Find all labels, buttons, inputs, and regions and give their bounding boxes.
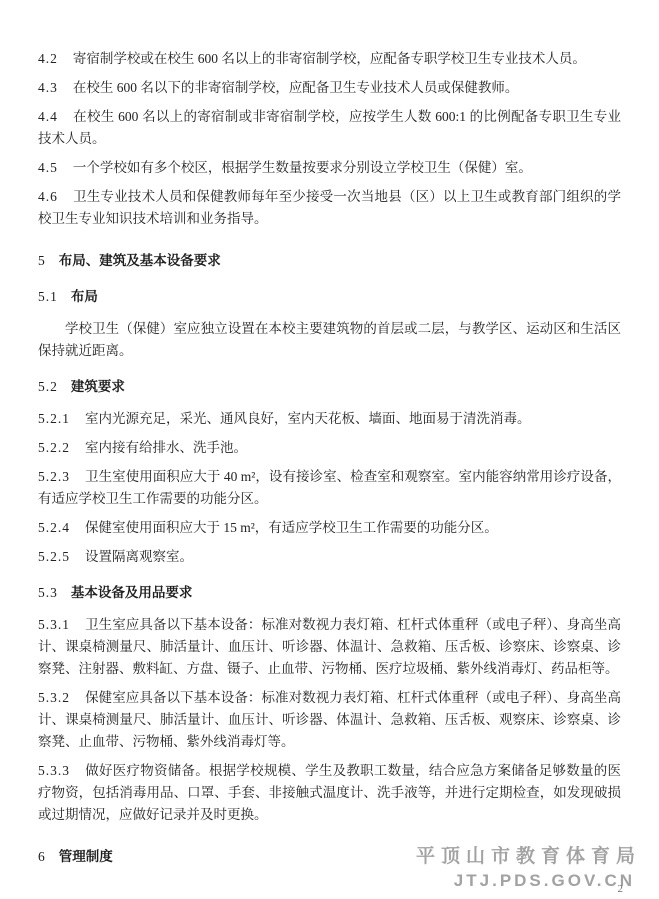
- clause-number: 5.2.1: [38, 411, 70, 426]
- clause-5-2-2: 5.2.2室内接有给排水、洗手池。: [38, 437, 621, 459]
- clause-number: 4.3: [38, 80, 58, 95]
- section-title: 基本设备及用品要求: [71, 585, 193, 600]
- section-title: 布局、建筑及基本设备要求: [59, 253, 221, 268]
- clause-text: 设置隔离观察室。: [85, 549, 193, 564]
- clause-5-2-4: 5.2.4保健室使用面积应大于 15 m²，有适应学校卫生工作需要的功能分区。: [38, 517, 621, 539]
- clause-4-3: 4.3在校生 600 名以下的非寄宿制学校，应配备卫生专业技术人员或保健教师。: [38, 77, 621, 99]
- page-number: 2: [618, 883, 624, 895]
- clause-text: 卫生室应具备以下基本设备：标准对数视力表灯箱、杠杆式体重秤（或电子秤）、身高坐高…: [38, 617, 621, 676]
- clause-number: 5.2.3: [38, 469, 70, 484]
- clause-text: 卫生专业技术人员和保健教师每年至少接受一次当地县（区）以上卫生或教育部门组织的学…: [38, 189, 621, 226]
- clause-5-3-3: 5.3.3做好医疗物资储备。根据学校规模、学生及教职工数量，结合应急方案储备足够…: [38, 760, 621, 826]
- section-heading-5-1: 5.1布局: [38, 286, 621, 308]
- clause-number: 5.3.1: [38, 617, 70, 632]
- clause-number: 5.3.2: [38, 690, 70, 705]
- clause-text: 卫生室使用面积应大于 40 m²，设有接诊室、检查室和观察室。室内能容纳常用诊疗…: [38, 469, 621, 506]
- clause-5-2-1: 5.2.1室内光源充足，采光、通风良好，室内天花板、墙面、地面易于清洗消毒。: [38, 408, 621, 430]
- watermark-url: JTJ.PDS.GOV.CN: [416, 871, 641, 891]
- clause-4-4: 4.4在校生 600 名以上的寄宿制或非寄宿制学校，应按学生人数 600:1 的…: [38, 106, 621, 150]
- section-number: 5.3: [38, 585, 58, 600]
- clause-text: 在校生 600 名以下的非寄宿制学校，应配备卫生专业技术人员或保健教师。: [73, 80, 519, 95]
- clause-5-3-1: 5.3.1卫生室应具备以下基本设备：标准对数视力表灯箱、杠杆式体重秤（或电子秤）…: [38, 614, 621, 680]
- document-page: 4.2寄宿制学校或在校生 600 名以上的非寄宿制学校，应配备专职学校卫生专业技…: [0, 0, 659, 899]
- section-title: 建筑要求: [71, 379, 125, 394]
- clause-number: 5.3.3: [38, 763, 70, 778]
- clause-text: 一个学校如有多个校区，根据学生数量按要求分别设立学校卫生（保健）室。: [73, 160, 532, 175]
- watermark-organization: 平顶山市教育体育局: [416, 841, 641, 868]
- paragraph-5-1-body: 学校卫生（保健）室应独立设置在本校主要建筑物的首层或二层，与教学区、运动区和生活…: [38, 318, 621, 362]
- section-heading-5-2: 5.2建筑要求: [38, 376, 621, 398]
- clause-4-2: 4.2寄宿制学校或在校生 600 名以上的非寄宿制学校，应配备专职学校卫生专业技…: [38, 48, 621, 70]
- clause-number: 4.6: [38, 189, 58, 204]
- clause-number: 4.5: [38, 160, 58, 175]
- section-number: 6: [38, 849, 46, 864]
- clause-text: 寄宿制学校或在校生 600 名以上的非寄宿制学校，应配备专职学校卫生专业技术人员…: [73, 51, 586, 66]
- clause-4-5: 4.5一个学校如有多个校区，根据学生数量按要求分别设立学校卫生（保健）室。: [38, 157, 621, 179]
- clause-4-6: 4.6卫生专业技术人员和保健教师每年至少接受一次当地县（区）以上卫生或教育部门组…: [38, 186, 621, 230]
- clause-text: 做好医疗物资储备。根据学校规模、学生及教职工数量，结合应急方案储备足够数量的医疗…: [38, 763, 621, 822]
- clause-number: 4.2: [38, 51, 58, 66]
- section-number: 5: [38, 253, 46, 268]
- section-title: 管理制度: [59, 849, 113, 864]
- clause-number: 5.2.2: [38, 440, 70, 455]
- clause-text: 保健室应具备以下基本设备：标准对数视力表灯箱、杠杆式体重秤（或电子秤）、身高坐高…: [38, 690, 621, 749]
- clause-5-2-5: 5.2.5设置隔离观察室。: [38, 546, 621, 568]
- section-heading-5-3: 5.3基本设备及用品要求: [38, 582, 621, 604]
- clause-5-3-2: 5.3.2保健室应具备以下基本设备：标准对数视力表灯箱、杠杆式体重秤（或电子秤）…: [38, 687, 621, 753]
- clause-text: 在校生 600 名以上的寄宿制或非寄宿制学校，应按学生人数 600:1 的比例配…: [38, 109, 621, 146]
- clause-number: 5.2.4: [38, 520, 70, 535]
- clause-number: 4.4: [38, 109, 58, 124]
- section-number: 5.1: [38, 289, 58, 304]
- clause-number: 5.2.5: [38, 549, 70, 564]
- clause-text: 室内光源充足，采光、通风良好，室内天花板、墙面、地面易于清洗消毒。: [85, 411, 531, 426]
- document-content: 4.2寄宿制学校或在校生 600 名以上的非寄宿制学校，应配备专职学校卫生专业技…: [38, 48, 621, 868]
- section-title: 布局: [71, 289, 98, 304]
- watermark: 平顶山市教育体育局 JTJ.PDS.GOV.CN: [416, 841, 641, 891]
- clause-5-2-3: 5.2.3卫生室使用面积应大于 40 m²，设有接诊室、检查室和观察室。室内能容…: [38, 466, 621, 510]
- section-number: 5.2: [38, 379, 58, 394]
- clause-text: 保健室使用面积应大于 15 m²，有适应学校卫生工作需要的功能分区。: [85, 520, 498, 535]
- section-heading-5: 5布局、建筑及基本设备要求: [38, 250, 621, 272]
- clause-text: 室内接有给排水、洗手池。: [85, 440, 247, 455]
